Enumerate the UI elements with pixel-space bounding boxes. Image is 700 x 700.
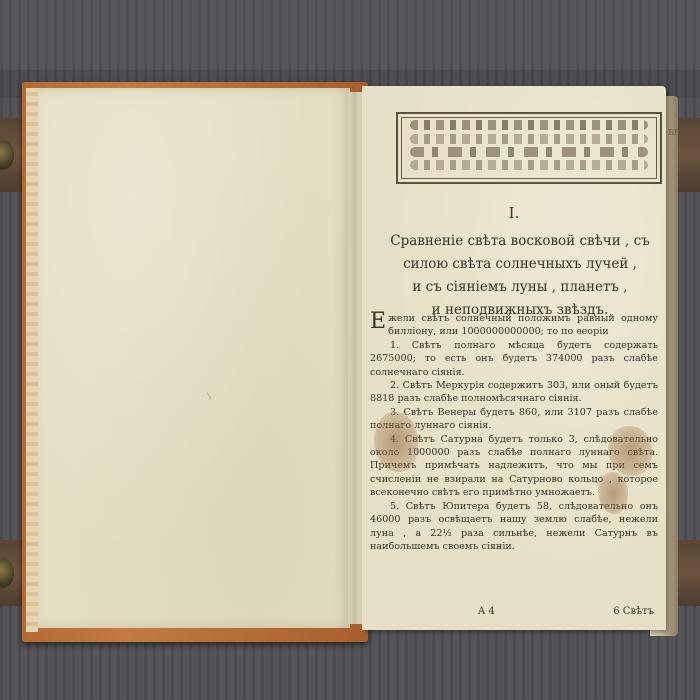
signature-mark: A 4 <box>478 606 495 617</box>
water-stain <box>598 472 628 514</box>
ornament-band <box>410 147 648 157</box>
dropcap: Е <box>370 313 386 331</box>
heading-line: и съ сіяніемъ луны , планетъ , <box>384 276 656 299</box>
page-footer: A 4 6 Свѣтъ <box>370 606 658 620</box>
paper-mark <box>207 388 219 399</box>
water-stain <box>608 426 652 476</box>
left-page-blank <box>38 88 350 628</box>
paragraph-text: жели свѣтъ солнечный положимъ равный одн… <box>388 313 658 337</box>
decorative-headpiece-icon <box>396 112 662 184</box>
ornament-band <box>410 134 648 144</box>
fore-edge-letters: БГРВЗЖХОХХОЗ5ЗЗ1ОЗ2З1ОЗ <box>668 126 678 586</box>
bolt-icon <box>0 140 14 170</box>
right-page: I. Сравненіе свѣта восковой свѣчи , съ с… <box>362 86 666 630</box>
ornament-band <box>410 120 648 130</box>
chapter-heading: Сравненіе свѣта восковой свѣчи , съ сило… <box>384 230 656 322</box>
heading-line: силою свѣта солнечныхъ лучей , <box>384 253 656 276</box>
heading-line: Сравненіе свѣта восковой свѣчи , съ <box>384 230 656 253</box>
ornament-band <box>410 160 648 170</box>
paragraph-2: 2. Свѣтъ Меркурія содержитъ 303, или оны… <box>370 379 658 406</box>
water-stain <box>374 412 418 472</box>
paragraph-1: 1. Свѣтъ полнаго мѣсяца будетъ содержать… <box>370 339 658 379</box>
paragraph-intro: Ежели свѣтъ солнечный положимъ равный од… <box>370 312 658 339</box>
bolt-icon <box>0 558 14 588</box>
left-page-edge <box>26 88 38 632</box>
catchword: 6 Свѣтъ <box>613 606 654 617</box>
chapter-number: I. <box>362 204 666 222</box>
